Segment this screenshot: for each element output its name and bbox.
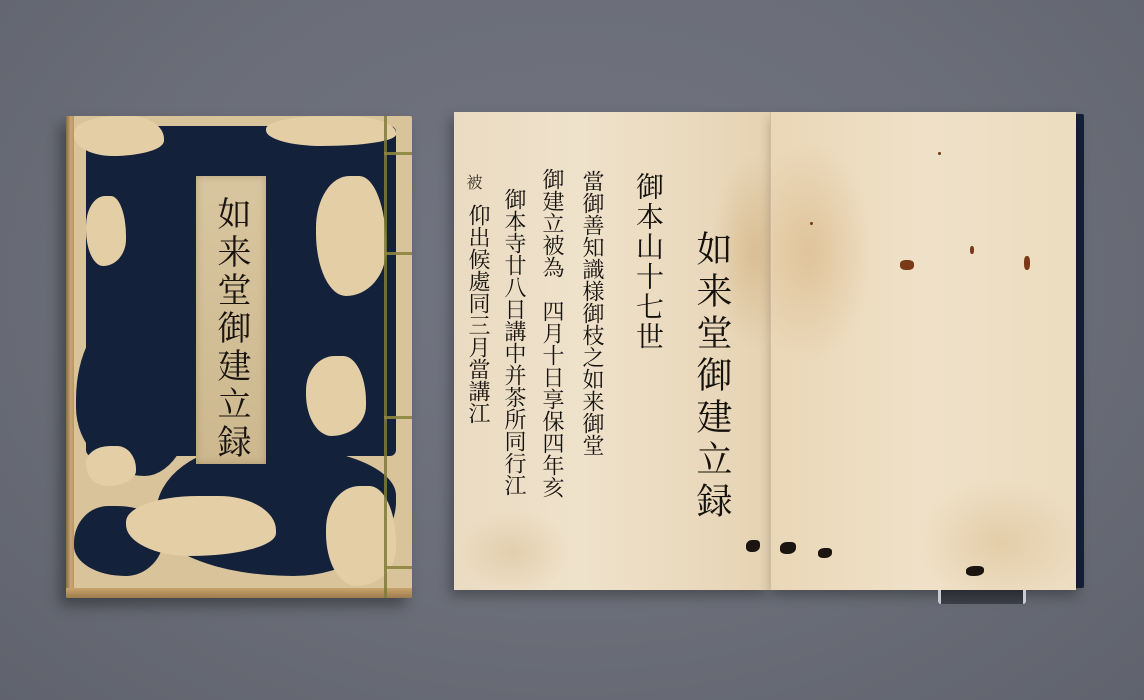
binding-stitch — [384, 566, 412, 569]
binding-stitch — [384, 416, 412, 419]
text-column-6: 仰出候處同三月當講江 — [462, 204, 493, 424]
left-page: 如来堂御建立録 御本山十七世 當御善知識様御枝之如来御堂 御建立被為 四月十日享… — [454, 112, 770, 590]
text-column-4: 御本寺廿八日講中并茶所同行江 — [498, 188, 529, 496]
worn-patch — [126, 496, 276, 556]
ink-mark — [780, 542, 796, 554]
ink-mark — [818, 548, 832, 558]
ink-mark — [746, 540, 760, 552]
cover-edge — [66, 116, 74, 598]
open-book: 如来堂御建立録 御本山十七世 當御善知識様御枝之如来御堂 御建立被為 四月十日享… — [454, 112, 1084, 592]
display-stand — [938, 590, 1026, 604]
text-column-3: 御建立被為 四月十日享保四年亥 — [536, 168, 567, 498]
worn-patch — [306, 356, 366, 436]
book-cover: 如来堂御建立録 — [66, 116, 412, 598]
page-fold — [770, 112, 772, 590]
text-column-2: 當御善知識様御枝之如来御堂 — [576, 170, 607, 456]
worn-patch — [86, 196, 126, 266]
worm-hole-stain — [970, 246, 974, 254]
worn-patch — [86, 446, 136, 486]
cover-title: 如来堂御建立録 — [214, 196, 248, 462]
page-title-column: 如来堂御建立録 — [686, 230, 737, 524]
title-slip: 如来堂御建立録 — [196, 176, 266, 464]
text-column-5: 被 — [462, 174, 485, 190]
worn-patch — [316, 176, 386, 296]
worn-patch — [266, 116, 396, 146]
worm-hole-stain — [1024, 256, 1030, 270]
worm-hole-stain — [900, 260, 914, 270]
worm-hole-stain — [938, 152, 941, 155]
cover-bottom-edge — [66, 588, 412, 598]
binding-thread — [384, 116, 387, 598]
ink-mark — [966, 566, 984, 576]
photo-scene: 如来堂御建立録 如来堂御建立録 御本山十七世 當御善知識様御枝之如来御堂 御建立… — [0, 0, 1144, 700]
text-column-1: 御本山十七世 — [628, 172, 668, 352]
worm-hole-stain — [810, 222, 813, 225]
binding-stitch — [384, 152, 412, 155]
worn-patch — [74, 116, 164, 156]
binding-stitch — [384, 252, 412, 255]
right-page — [770, 112, 1076, 590]
